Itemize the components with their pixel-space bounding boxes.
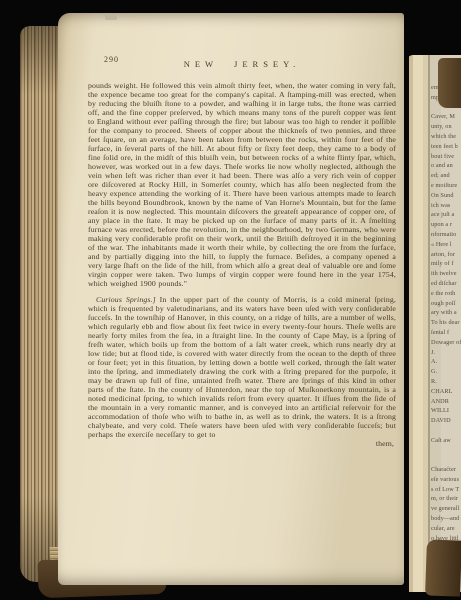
left-page: 290 NEW JERSEY. pounds weight. He follow… (58, 13, 404, 585)
page-number: 290 (104, 55, 119, 64)
book-cover-right-bottom (425, 539, 461, 596)
paragraph-curious-springs-text: In the upper part of the county of Morri… (88, 295, 396, 439)
section-heading: Curious Springs.] (96, 295, 156, 304)
right-page-sliver: em, and th mpunction, Caver, M unty, on … (407, 55, 461, 592)
book-cover-right-top (438, 58, 461, 108)
catchword: them, (88, 439, 396, 448)
right-page-text-fragments: em, and th mpunction, Caver, M unty, on … (431, 83, 461, 583)
paragraph-curious-springs: Curious Springs.] In the upper part of t… (88, 295, 396, 439)
text-block: pounds weight. He followed this vein alm… (88, 81, 396, 448)
edge-label (105, 15, 117, 20)
book-photo: 290 NEW JERSEY. pounds weight. He follow… (0, 0, 461, 600)
page-header: 290 NEW JERSEY. (88, 54, 396, 72)
paragraph-copper-mines: pounds weight. He followed this vein alm… (88, 81, 396, 288)
running-title: NEW JERSEY. (184, 59, 301, 69)
